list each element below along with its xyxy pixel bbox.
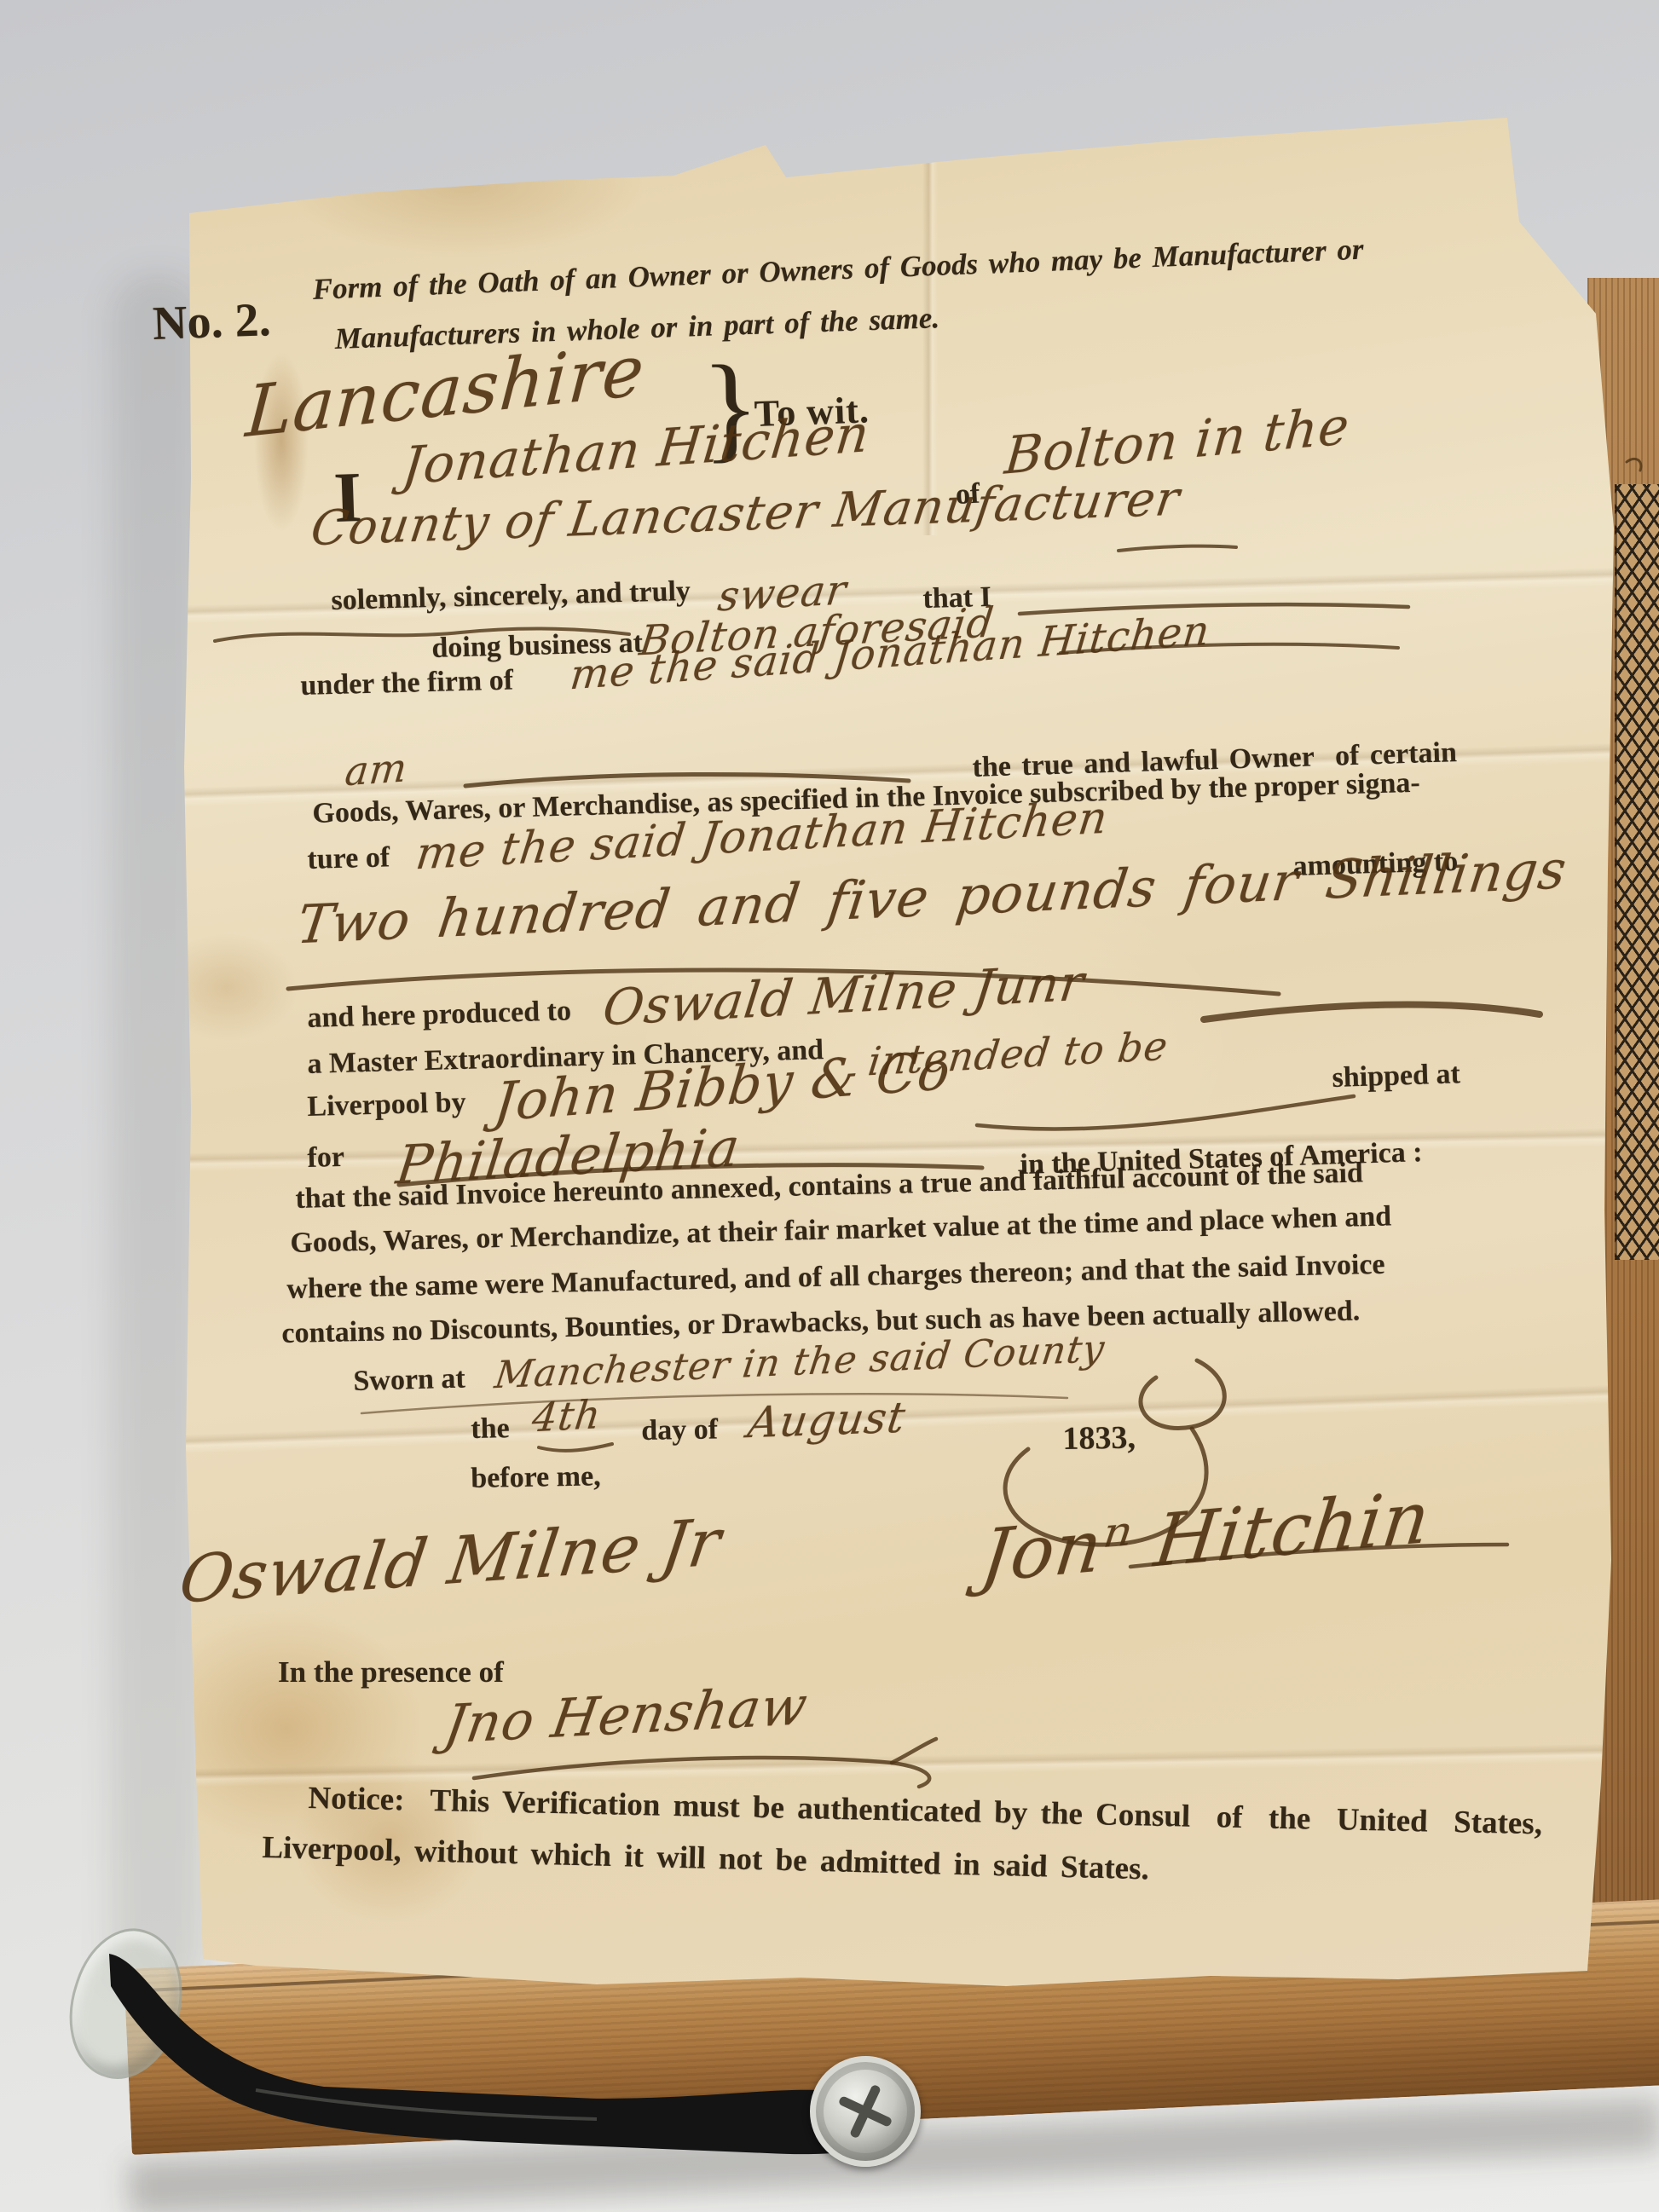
handwritten-month: August: [745, 1393, 909, 1448]
ture-of-label: ture of: [307, 841, 390, 876]
form-title-line1: Form of the Oath of an Owner or Owners o…: [312, 233, 1364, 307]
shipped-at-label: shipped at: [1332, 1058, 1460, 1094]
handwritten-master-name: Oswald Milne Junr: [600, 953, 1089, 1037]
notice-line1: Notice: This Verification must be authen…: [308, 1780, 1542, 1842]
phillips-screw: [810, 2056, 921, 2167]
sworn-at-label: Sworn at: [353, 1363, 465, 1398]
notice-line2: Liverpool, without which it will not be …: [262, 1829, 1149, 1887]
day-of-label: day of: [641, 1413, 718, 1447]
the-label: the: [471, 1412, 510, 1446]
under-firm-label: under the firm of: [300, 664, 514, 702]
handwritten-day: 4th: [529, 1391, 604, 1441]
signature-deponent: Jonⁿ Hitchin: [977, 1475, 1435, 1598]
for-label: for: [307, 1141, 344, 1175]
before-me-label: before me,: [471, 1460, 601, 1495]
form-number: No. 2.: [152, 292, 272, 351]
year-label: 1833,: [1062, 1419, 1136, 1458]
liverpool-by-label: Liverpool by: [307, 1087, 466, 1123]
form-text: No. 2. Form of the Oath of an Owner or O…: [0, 0, 1659, 2212]
swear-lead: solemnly, sincerely, and truly: [331, 575, 691, 617]
in-presence-of-label: In the presence of: [278, 1655, 504, 1689]
handwritten-am: am: [343, 744, 410, 795]
signature-official: Oswald Milne Jr: [175, 1504, 725, 1618]
produced-to-label: and here produced to: [307, 995, 571, 1035]
